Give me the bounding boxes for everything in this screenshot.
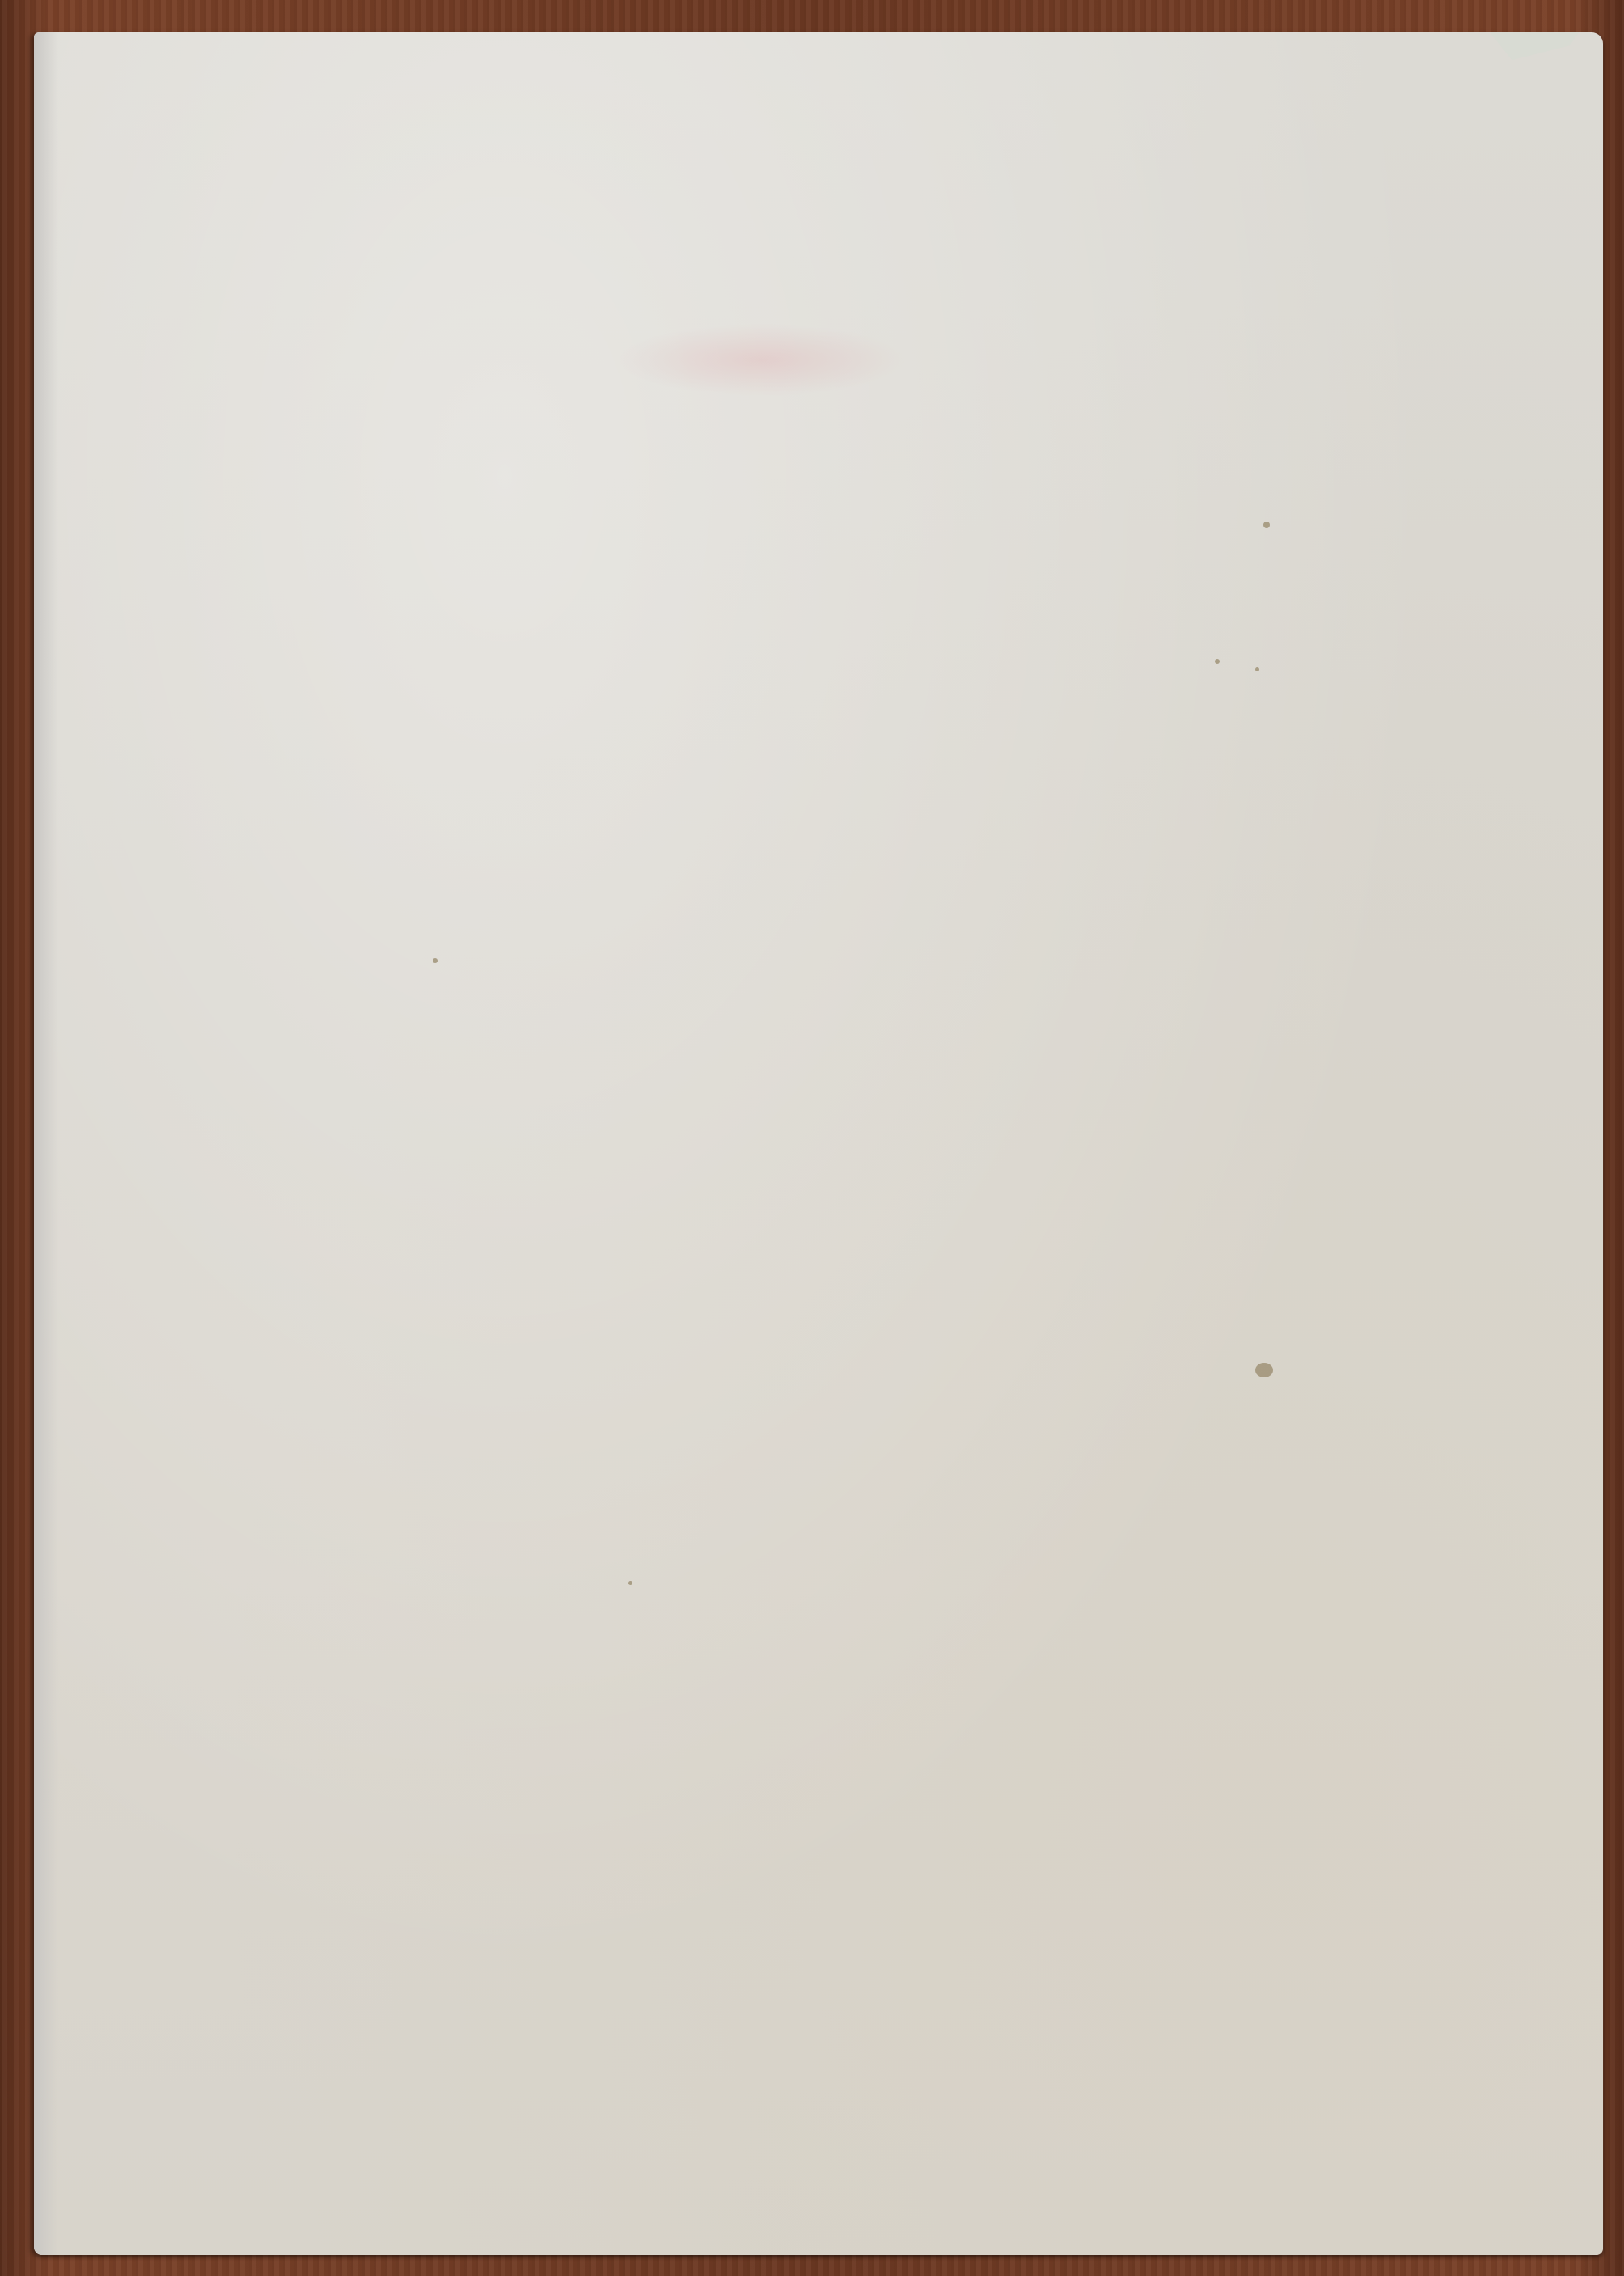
folded-corner [1490,32,1579,61]
wooden-table-surface [0,0,1624,2276]
paper-stain [1255,1363,1273,1377]
paper-speck [628,1581,632,1585]
paper-speck [1215,659,1220,664]
paper-speck [1263,522,1270,528]
faint-ink-showthrough [616,324,907,396]
blank-paper-cover [34,32,1603,2255]
paper-left-edge [34,32,58,2255]
paper-speck [433,958,438,963]
paper-speck [1255,667,1259,671]
